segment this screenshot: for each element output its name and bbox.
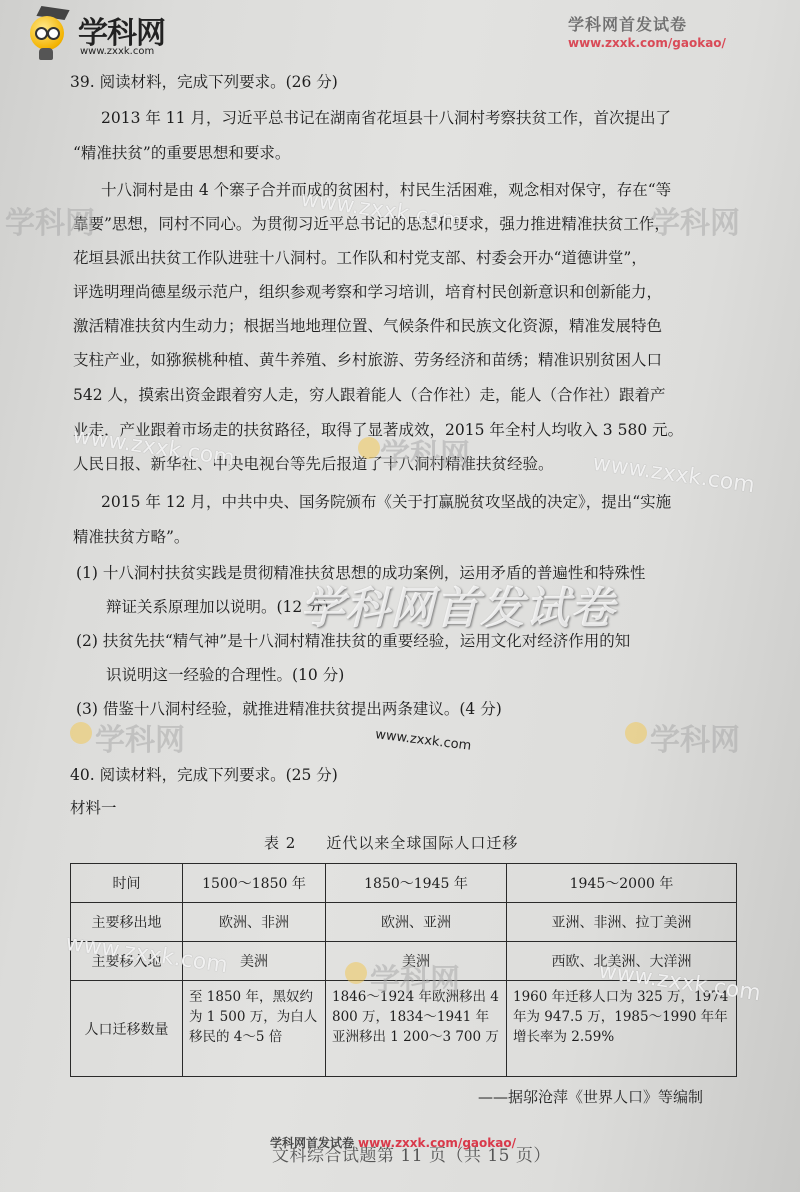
table-cell: 1846～1924 年欧洲移出 4 800 万，1834～1941 年亚洲移出 … <box>326 981 507 1077</box>
footer-watermark: 学科网首发试卷www.zxxk.com/gaokao/ <box>270 1134 516 1151</box>
table-cell: 至 1850 年，黑奴约为 1 500 万，为白人移民的 4～5 倍 <box>183 981 326 1077</box>
watermark-brand: 学科网 <box>650 715 740 759</box>
footer-watermark-url: www.zxxk.com/gaokao/ <box>358 1136 516 1150</box>
watermark-mascot-icon <box>345 962 367 984</box>
migration-table: 时间 1500～1850 年 1850～1945 年 1945～2000 年 主… <box>70 863 737 1077</box>
watermark-big-title: 学科网首发试卷 <box>300 572 615 636</box>
q39-line: 支柱产业，如猕猴桃种植、黄牛养殖、乡村旅游、劳务经济和苗绣；精准识别贫困人口 <box>73 350 662 370</box>
table-caption: 表 2近代以来全球国际人口迁移 <box>264 832 518 853</box>
watermark-mascot-icon <box>70 722 92 744</box>
header-right: 学科网首发试卷 www.zxxk.com/gaokao/ <box>568 12 726 50</box>
table-header-cell: 1850～1945 年 <box>326 864 507 903</box>
table-row: 主要移出地 欧洲、非洲 欧洲、亚洲 亚洲、非洲、拉丁美洲 <box>71 903 737 942</box>
table-header-cell: 时间 <box>71 864 183 903</box>
footer-watermark-brand: 学科网首发试卷 <box>270 1136 354 1150</box>
table-row-header: 主要移出地 <box>71 903 183 942</box>
table-source: ——据邬沧萍《世界人口》等编制 <box>478 1086 703 1107</box>
table-row: 主要移入地 美洲 美洲 西欧、北美洲、大洋洲 <box>71 942 737 981</box>
table-cell: 欧洲、亚洲 <box>326 903 507 942</box>
header-right-url: www.zxxk.com/gaokao/ <box>568 36 726 50</box>
watermark-url: www.zxxk.com <box>374 727 472 754</box>
table-cell: 1960 年迁移人口为 325 万，1974 年为 947.5 万，1985～1… <box>507 981 737 1077</box>
q39-line: 人民日报、新华社、中央电视台等先后报道了十八洞村精准扶贫经验。 <box>73 454 554 474</box>
subquestion-3: (3) 借鉴十八洞村经验，就推进精准扶贫提出两条建议。(4 分) <box>76 699 502 719</box>
exam-page: 学科网 www.zxxk.com 学科网首发试卷 www.zxxk.com/ga… <box>0 0 800 1192</box>
question-39-heading: 39. 阅读材料，完成下列要求。(26 分) <box>70 72 338 92</box>
table-cell: 欧洲、非洲 <box>183 903 326 942</box>
q39-line: 精准扶贫方略”。 <box>73 527 189 547</box>
q39-line: “精准扶贫”的重要思想和要求。 <box>73 143 290 163</box>
table-row: 人口迁移数量 至 1850 年，黑奴约为 1 500 万，为白人移民的 4～5 … <box>71 981 737 1077</box>
table-row-header: 人口迁移数量 <box>71 981 183 1077</box>
q39-line: 激活精准扶贫内生动力；根据当地地理位置、气候条件和民族文化资源，精准发展特色 <box>73 316 662 336</box>
table-cell: 亚洲、非洲、拉丁美洲 <box>507 903 737 942</box>
table-cell: 西欧、北美洲、大洋洲 <box>507 942 737 981</box>
question-40-heading: 40. 阅读材料，完成下列要求。(25 分) <box>70 765 338 785</box>
table-caption-title: 近代以来全球国际人口迁移 <box>326 834 518 852</box>
table-cell: 美洲 <box>183 942 326 981</box>
watermark-mascot-icon <box>625 722 647 744</box>
table-row-header: 主要移入地 <box>71 942 183 981</box>
watermark-mascot-icon <box>358 437 380 459</box>
q39-line: 花垣县派出扶贫工作队进驻十八洞村。工作队和村党支部、村委会开办“道德讲堂”， <box>73 248 647 268</box>
table-header-cell: 1945～2000 年 <box>507 864 737 903</box>
subquestion-1-cont: 辩证关系原理加以说明。(12 分) <box>106 597 329 617</box>
material-label: 材料一 <box>70 798 117 818</box>
q39-line: 2013 年 11 月，习近平总书记在湖南省花垣县十八洞村考察扶贫工作，首次提出… <box>101 108 671 128</box>
table-header-cell: 1500～1850 年 <box>183 864 326 903</box>
zxxk-logo: 学科网 www.zxxk.com <box>28 6 178 62</box>
q39-line: 靠要”思想，同村不同心。为贯彻习近平总书记的思想和要求，强力推进精准扶贫工作， <box>73 214 670 234</box>
q39-line: 评选明理尚德星级示范户，组织参观考察和学习培训，培育村民创新意识和创新能力， <box>73 282 662 302</box>
header-right-title: 学科网首发试卷 <box>568 12 726 35</box>
table-caption-number: 表 2 <box>264 834 296 852</box>
q39-line: 十八洞村是由 4 个寨子合并而成的贫困村，村民生活困难，观念相对保守，存在“等 <box>101 180 671 200</box>
watermark-brand: 学科网 <box>95 715 185 759</box>
logo-url: www.zxxk.com <box>80 46 154 57</box>
q39-line: 2015 年 12 月，中共中央、国务院颁布《关于打赢脱贫攻坚战的决定》，提出“… <box>101 492 671 512</box>
table-header-row: 时间 1500～1850 年 1850～1945 年 1945～2000 年 <box>71 864 737 903</box>
q39-line: 业走，产业跟着市场走的扶贫路径，取得了显著成效，2015 年全村人均收入 3 5… <box>73 420 683 440</box>
mascot-body-icon <box>39 48 53 60</box>
q39-line: 542 人，摸索出资金跟着穷人走，穷人跟着能人（合作社）走，能人（合作社）跟着产 <box>73 385 666 405</box>
mascot-icon <box>30 16 64 50</box>
subquestion-2-cont: 识说明这一经验的合理性。(10 分) <box>106 665 344 685</box>
